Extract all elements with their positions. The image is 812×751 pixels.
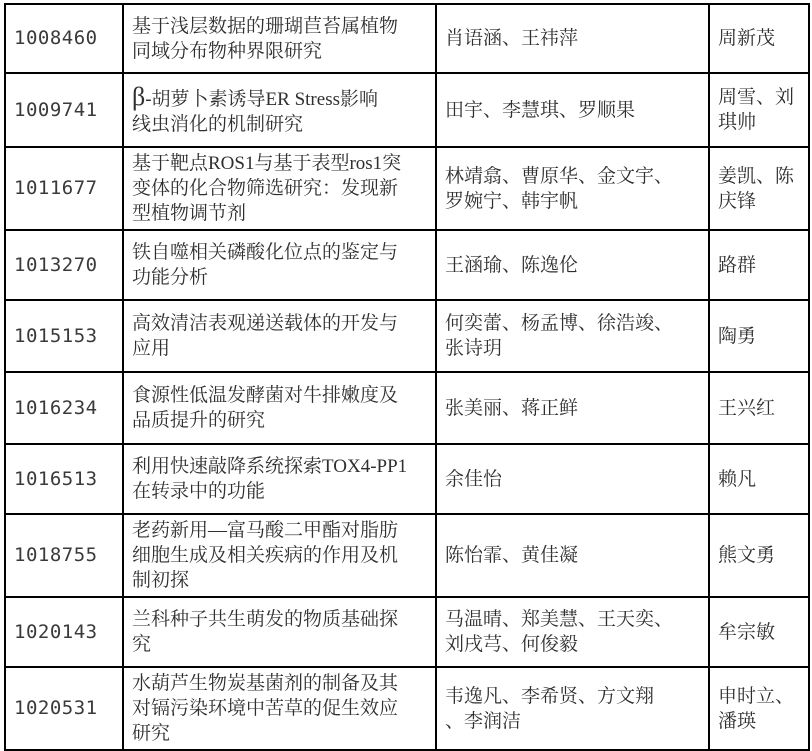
project-title-cell: 水葫芦生物炭基菌剂的制备及其 对镉污染环境中苦草的促生效应 研究 <box>123 667 436 750</box>
project-id-cell: 1011677 <box>5 147 123 230</box>
project-title-cell: 兰科种子共生萌发的物质基础探 究 <box>123 597 436 667</box>
advisor-cell: 陶勇 <box>709 300 809 372</box>
table-row: 1016513 利用快速敲降系统探索TOX4-PP1 在转录中的功能 余佳怡 赖… <box>5 444 809 514</box>
project-title-cell: 铁自噬相关磷酸化位点的鉴定与 功能分析 <box>123 230 436 300</box>
table-row: 1020531 水葫芦生物炭基菌剂的制备及其 对镉污染环境中苦草的促生效应 研究… <box>5 667 809 750</box>
table-row: 1016234 食源性低温发酵菌对牛排嫩度及 品质提升的研究 张美丽、蒋正鲜 王… <box>5 372 809 444</box>
members-cell: 王涵瑜、陈逸伦 <box>436 230 709 300</box>
members-cell: 肖语涵、王祎萍 <box>436 4 709 73</box>
table-row: 1009741 β-胡萝卜素诱导ER Stress影响 线虫消化的机制研究 田宇… <box>5 73 809 147</box>
advisor-cell: 赖凡 <box>709 444 809 514</box>
advisor-cell: 牟宗敏 <box>709 597 809 667</box>
advisor-cell: 周雪、刘 琪帅 <box>709 73 809 147</box>
table-row: 1008460 基于浅层数据的珊瑚苣苔属植物 同域分布物种界限研究 肖语涵、王祎… <box>5 4 809 73</box>
project-id-cell: 1015153 <box>5 300 123 372</box>
project-list-table: 1008460 基于浅层数据的珊瑚苣苔属植物 同域分布物种界限研究 肖语涵、王祎… <box>4 3 810 751</box>
table-row: 1015153 高效清洁表观递送载体的开发与 应用 何奕蕾、杨孟博、徐浩竣、 张… <box>5 300 809 372</box>
project-title-cell: 基于靶点ROS1与基于表型ros1突 变体的化合物筛选研究：发现新 型植物调节剂 <box>123 147 436 230</box>
project-id-cell: 1008460 <box>5 4 123 73</box>
table-row: 1018755 老药新用—富马酸二甲酯对脂肪 细胞生成及相关疾病的作用及机 制初… <box>5 514 809 597</box>
advisor-cell: 熊文勇 <box>709 514 809 597</box>
project-id-cell: 1018755 <box>5 514 123 597</box>
project-title-cell: β-胡萝卜素诱导ER Stress影响 线虫消化的机制研究 <box>123 73 436 147</box>
project-title-cell: 基于浅层数据的珊瑚苣苔属植物 同域分布物种界限研究 <box>123 4 436 73</box>
project-title-cell: 食源性低温发酵菌对牛排嫩度及 品质提升的研究 <box>123 372 436 444</box>
project-id-cell: 1016513 <box>5 444 123 514</box>
project-id-cell: 1016234 <box>5 372 123 444</box>
advisor-cell: 周新茂 <box>709 4 809 73</box>
table-row: 1013270 铁自噬相关磷酸化位点的鉴定与 功能分析 王涵瑜、陈逸伦 路群 <box>5 230 809 300</box>
table-row: 1011677 基于靶点ROS1与基于表型ros1突 变体的化合物筛选研究：发现… <box>5 147 809 230</box>
members-cell: 马温晴、郑美慧、王天奕、 刘戌芎、何俊毅 <box>436 597 709 667</box>
project-id-cell: 1009741 <box>5 73 123 147</box>
members-cell: 田宇、李慧琪、罗顺果 <box>436 73 709 147</box>
project-id-cell: 1013270 <box>5 230 123 300</box>
advisor-cell: 姜凯、陈 庆锋 <box>709 147 809 230</box>
document-page: 1008460 基于浅层数据的珊瑚苣苔属植物 同域分布物种界限研究 肖语涵、王祎… <box>0 0 812 710</box>
members-cell: 陈怡霏、黄佳凝 <box>436 514 709 597</box>
advisor-cell: 路群 <box>709 230 809 300</box>
advisor-cell: 申时立、 潘瑛 <box>709 667 809 750</box>
project-title-cell: 高效清洁表观递送载体的开发与 应用 <box>123 300 436 372</box>
members-cell: 张美丽、蒋正鲜 <box>436 372 709 444</box>
advisor-cell: 王兴红 <box>709 372 809 444</box>
project-title-cell: 利用快速敲降系统探索TOX4-PP1 在转录中的功能 <box>123 444 436 514</box>
project-id-cell: 1020531 <box>5 667 123 750</box>
members-cell: 何奕蕾、杨孟博、徐浩竣、 张诗玥 <box>436 300 709 372</box>
table-row: 1020143 兰科种子共生萌发的物质基础探 究 马温晴、郑美慧、王天奕、 刘戌… <box>5 597 809 667</box>
members-cell: 韦逸凡、李希贤、方文翔 、李润洁 <box>436 667 709 750</box>
members-cell: 余佳怡 <box>436 444 709 514</box>
project-title-cell: 老药新用—富马酸二甲酯对脂肪 细胞生成及相关疾病的作用及机 制初探 <box>123 514 436 597</box>
project-id-cell: 1020143 <box>5 597 123 667</box>
members-cell: 林靖翕、曹原华、金文宇、 罗婉宁、韩宇帆 <box>436 147 709 230</box>
